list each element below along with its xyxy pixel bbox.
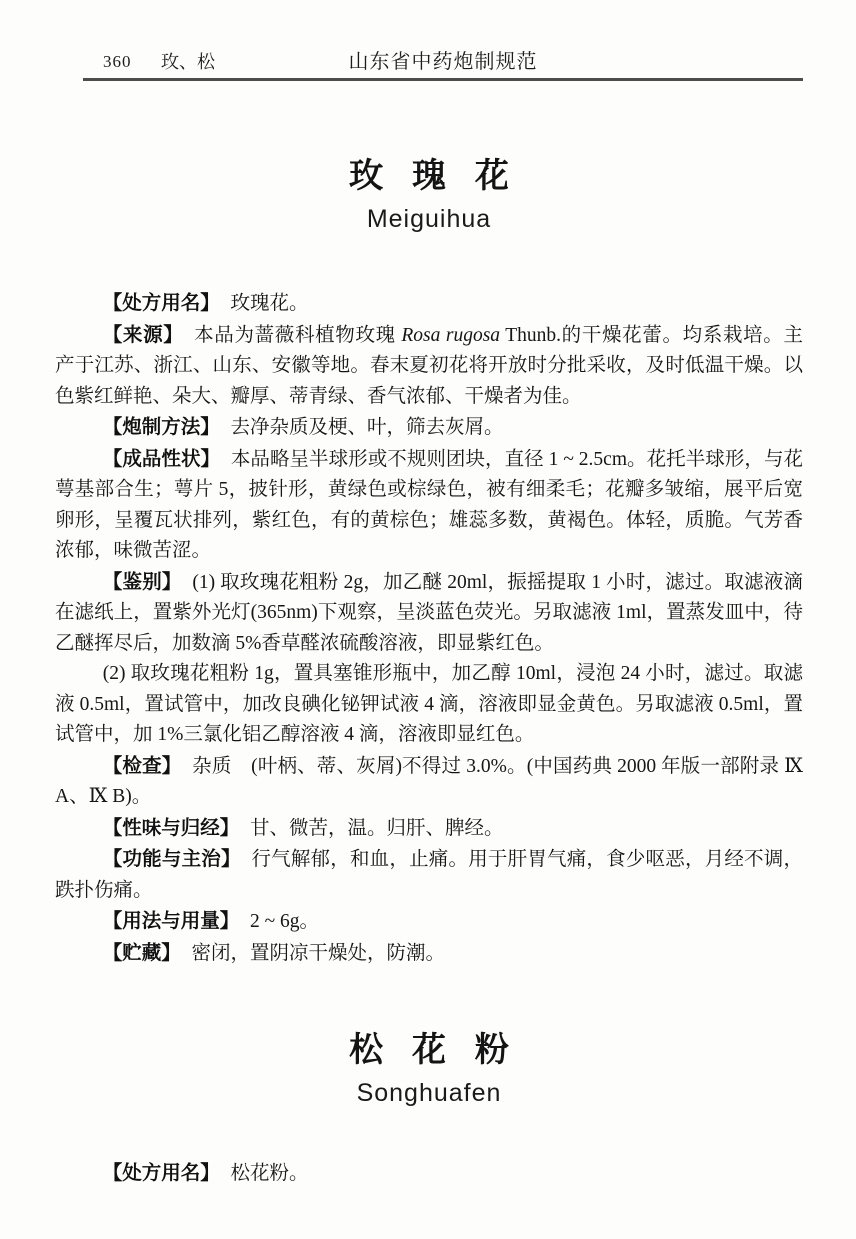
article-body: 【处方用名】松花粉。	[55, 1158, 803, 1190]
entry-laiyuan: 【来源】本品为蔷薇科植物玫瑰 Rosa rugosa Thunb.的干燥花蕾。均…	[55, 320, 803, 413]
article-songhuafen: 松花粉 Songhuafen 【处方用名】松花粉。	[55, 1029, 803, 1190]
section-text: 密闭，置阴凉干燥处，防潮。	[192, 943, 446, 964]
section-text: 松花粉。	[231, 1163, 309, 1184]
entry-zhucang: 【贮藏】密闭，置阴凉干燥处，防潮。	[55, 938, 803, 970]
entry-chengpinxingzhuang: 【成品性状】本品略呈半球形或不规则团块，直径 1 ~ 2.5cm。花托半球形，与…	[55, 444, 803, 567]
section-text: 去净杂质及梗、叶，筛去灰屑。	[231, 417, 504, 438]
section-label: 【检查】	[103, 755, 182, 777]
section-label: 【性味与归经】	[103, 817, 240, 839]
latin-binomial: Rosa rugosa	[401, 325, 500, 346]
article-meiguihua: 玫瑰花 Meiguihua 【处方用名】玫瑰花。 【来源】本品为蔷薇科植物玫瑰 …	[55, 155, 803, 969]
article-title-pinyin: Meiguihua	[55, 204, 803, 234]
entry-chufangyongming: 【处方用名】玫瑰花。	[55, 288, 803, 320]
section-text: 2 ~ 6g。	[250, 911, 319, 932]
entry-jianbie-item1: 【鉴别】(1) 取玫瑰花粗粉 2g，加乙醚 20ml，振摇提取 1 小时，滤过。…	[55, 567, 803, 660]
entry-paozhifangfa: 【炮制方法】去净杂质及梗、叶，筛去灰屑。	[55, 412, 803, 444]
article-body: 【处方用名】玫瑰花。 【来源】本品为蔷薇科植物玫瑰 Rosa rugosa Th…	[55, 288, 803, 969]
section-text: 甘、微苦，温。归肝、脾经。	[250, 818, 504, 839]
book-title: 山东省中药炮制规范	[83, 50, 803, 74]
book-page: 360 玫、松 山东省中药炮制规范 玫瑰花 Meiguihua 【处方用名】玫瑰…	[0, 0, 856, 1239]
entry-jiancha: 【检查】杂质 (叶柄、蒂、灰屑)不得过 3.0%。(中国药典 2000 年版一部…	[55, 751, 803, 813]
entry-chufangyongming: 【处方用名】松花粉。	[55, 1158, 803, 1190]
latin-authority: Thunb.	[500, 325, 561, 346]
page-content: 玫瑰花 Meiguihua 【处方用名】玫瑰花。 【来源】本品为蔷薇科植物玫瑰 …	[55, 81, 803, 1190]
section-label: 【处方用名】	[103, 292, 220, 314]
article-title-pinyin: Songhuafen	[55, 1078, 803, 1108]
entry-gongnengyuzhuzhi: 【功能与主治】行气解郁，和血，止痛。用于肝胃气痛，食少呕恶，月经不调，跌扑伤痛。	[55, 844, 803, 906]
section-label: 【处方用名】	[103, 1162, 220, 1184]
section-label: 【用法与用量】	[103, 910, 240, 932]
section-label: 【功能与主治】	[103, 848, 241, 870]
section-label: 【贮藏】	[103, 942, 181, 964]
article-title-cn: 玫瑰花	[55, 155, 803, 197]
entry-yongfayuyongliang: 【用法与用量】2 ~ 6g。	[55, 906, 803, 938]
entry-jianbie-item2: (2) 取玫瑰花粗粉 1g，置具塞锥形瓶中，加乙醇 10ml，浸泡 24 小时，…	[55, 659, 803, 751]
article-title-cn: 松花粉	[55, 1029, 803, 1071]
section-label: 【成品性状】	[103, 448, 220, 470]
section-label: 【炮制方法】	[103, 416, 220, 438]
entry-xingweiyuguijing: 【性味与归经】甘、微苦，温。归肝、脾经。	[55, 813, 803, 845]
running-header: 360 玫、松 山东省中药炮制规范	[83, 50, 803, 74]
section-text: (2) 取玫瑰花粗粉 1g，置具塞锥形瓶中，加乙醇 10ml，浸泡 24 小时，…	[55, 663, 803, 745]
section-text: 玫瑰花。	[231, 293, 309, 314]
section-label: 【来源】	[103, 324, 184, 346]
section-label: 【鉴别】	[103, 571, 182, 593]
section-text: 本品为蔷薇科植物玫瑰	[194, 325, 401, 346]
